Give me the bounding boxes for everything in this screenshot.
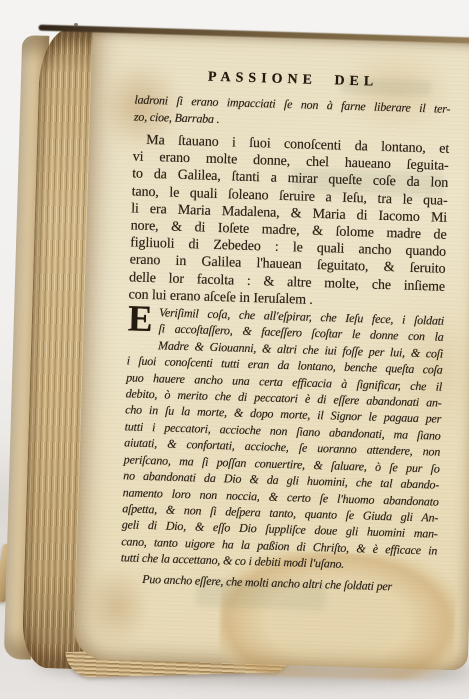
roman-paragraph: Ma ſtauano i ſuoi conoſcenti da lontano,… — [128, 131, 449, 312]
drop-cap-initial: E — [127, 303, 159, 337]
book-photograph: PASSIONE DEL ladroni ſi erano impacciati… — [0, 0, 469, 699]
text-block: PASSIONE DEL ladroni ſi erano impacciati… — [120, 67, 451, 595]
open-book: PASSIONE DEL ladroni ſi erano impacciati… — [4, 25, 469, 680]
book-page: PASSIONE DEL ladroni ſi erano impacciati… — [74, 30, 469, 670]
italic-paragraph: E Veriſimil coſa, che all'eſpirar, che I… — [121, 303, 445, 575]
running-head: PASSIONE DEL — [135, 67, 451, 92]
carryover-paragraph: ladroni ſi erano impacciati ſe non à far… — [134, 91, 451, 134]
